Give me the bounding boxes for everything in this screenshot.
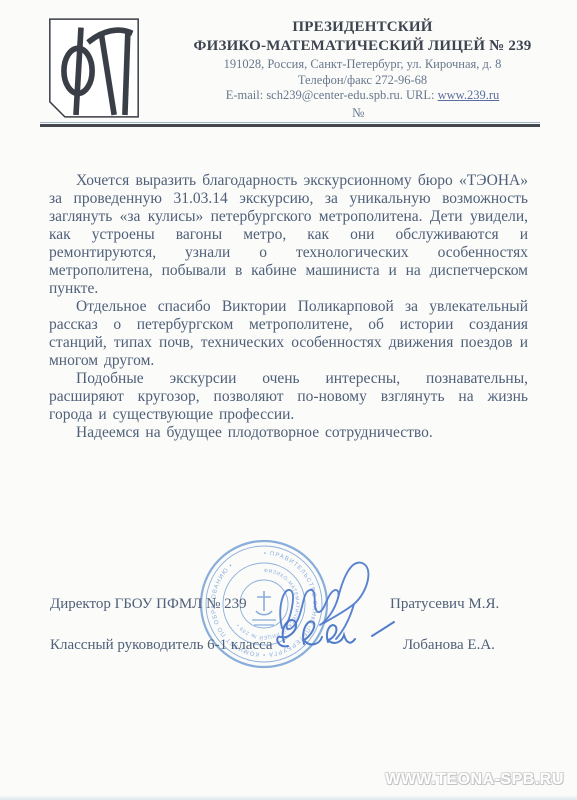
letter-body: Хочется выразить благодарность экскурсио…: [49, 172, 528, 442]
paragraph-3: Подобные экскурсии очень интересны, позн…: [49, 370, 528, 424]
school-name-line1: ПРЕЗИДЕНТСКИЙ: [160, 18, 565, 37]
school-name-line2: ФИЗИКО-МАТЕМАТИЧЕСКИЙ ЛИЦЕЙ № 239: [160, 37, 565, 56]
signature-name-director: Пратусевич М.Я.: [390, 596, 499, 613]
phone-line: Телефон/факс 272-96-68: [160, 73, 565, 88]
signature-title-teacher: Классный руководитель 6-1 класса: [50, 637, 273, 654]
teacher-handwritten-signature: [268, 612, 400, 658]
school-logo-monogram-icon: [47, 16, 141, 120]
scanned-letter-page: ПРЕЗИДЕНТСКИЙ ФИЗИКО-МАТЕМАТИЧЕСКИЙ ЛИЦЕ…: [0, 0, 577, 800]
header-rule-thin: [40, 122, 540, 123]
signature-title-director: Директор ГБОУ ПФМЛ № 239: [50, 596, 247, 613]
letterhead: ПРЕЗИДЕНТСКИЙ ФИЗИКО-МАТЕМАТИЧЕСКИЙ ЛИЦЕ…: [160, 18, 565, 103]
address-line: 191028, Россия, Санкт-Петербург, ул. Кир…: [160, 57, 565, 72]
website-link: www.239.ru: [438, 88, 500, 102]
header-rule-thick: [40, 124, 540, 127]
signature-name-teacher: Лобанова Е.А.: [403, 637, 495, 654]
watermark: WWW.TEONA-SPB.RU: [385, 771, 564, 789]
paragraph-1: Хочется выразить благодарность экскурсио…: [49, 172, 528, 298]
email-line: E-mail: sch239@center-edu.spb.ru. URL: w…: [160, 88, 565, 103]
paragraph-4: Надеемся на будущее плодотворное сотрудн…: [49, 424, 528, 442]
doc-number-label: №: [352, 105, 364, 121]
email-text: E-mail: sch239@center-edu.spb.ru. URL:: [226, 88, 438, 102]
paragraph-2: Отдельное спасибо Виктории Поликарповой …: [49, 298, 528, 370]
